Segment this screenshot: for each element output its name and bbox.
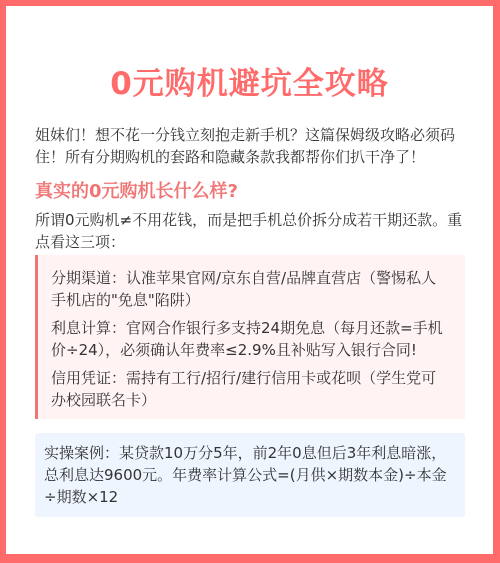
page-title: 0元购机避坑全攻略 bbox=[6, 64, 493, 104]
key-points-box: 分期渠道：认准苹果官网/京东自营/品牌直营店（警惕私人手机店的"免息"陷阱） 利… bbox=[35, 255, 465, 419]
key-point-credit-credential: 信用凭证：需持有工行/招行/建行信用卡或花呗（学生党可办校园联名卡） bbox=[51, 367, 447, 411]
article-card: 0元购机避坑全攻略 姐妹们！想不花一分钱立刻抱走新手机？这篇保姆级攻略必须码住！… bbox=[6, 6, 493, 554]
section-heading: 真实的0元购机长什么样? bbox=[35, 179, 238, 205]
key-point-interest-calculation: 利息计算：官网合作银行多支持24期免息（每月还款=手机价÷24），必须确认年费率… bbox=[51, 317, 447, 361]
intro-paragraph: 姐妹们！想不花一分钱立刻抱走新手机？这篇保姆级攻略必须码住！所有分期购机的套路和… bbox=[35, 124, 465, 168]
section-lead: 所谓0元购机≠不用花钱，而是把手机总价拆分成若干期还款。重点看这三项： bbox=[35, 209, 467, 253]
key-point-installment-channel: 分期渠道：认准苹果官网/京东自营/品牌直营店（警惕私人手机店的"免息"陷阱） bbox=[51, 267, 447, 311]
case-example-box: 实操案例：某贷款10万分5年，前2年0息但后3年利息暗涨，总利息达9600元。年… bbox=[35, 433, 465, 517]
case-example-text: 实操案例：某贷款10万分5年，前2年0息但后3年利息暗涨，总利息达9600元。年… bbox=[44, 442, 453, 508]
